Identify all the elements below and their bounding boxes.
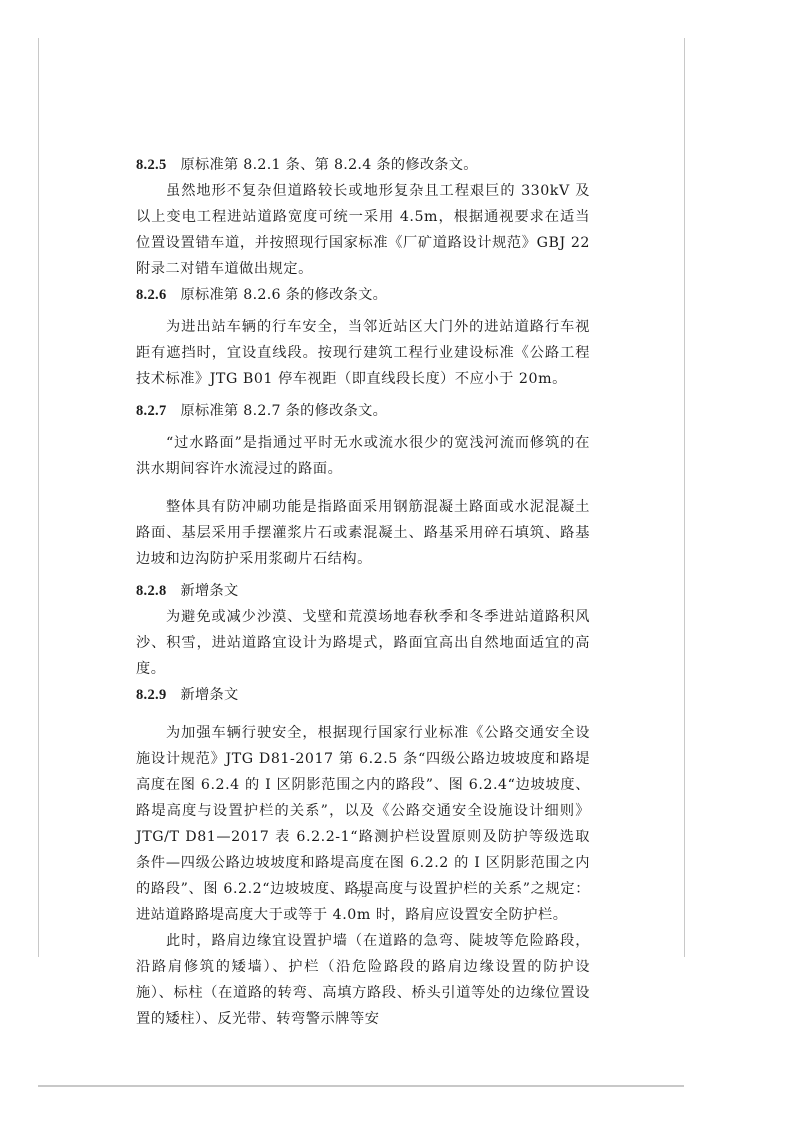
paragraph: 此时，路肩边缘宜设置护墙（在道路的急弯、陡坡等危险路段，沿路肩修筑的矮墙）、护栏… xyxy=(136,928,590,1032)
paragraph: 虽然地形不复杂但道路较长或地形复杂且工程艰巨的 330kV 及以上变电工程进站道… xyxy=(136,178,590,282)
page-border-right xyxy=(684,38,685,957)
document-body: 8.2.5原标准第 8.2.1 条、第 8.2.4 条的修改条文。 虽然地形不复… xyxy=(136,152,590,1032)
section-title: 原标准第 8.2.7 条的修改条文。 xyxy=(181,403,388,419)
section-number: 8.2.6 xyxy=(136,287,167,303)
page-border-bottom xyxy=(38,1085,684,1087)
section-title: 新增条文 xyxy=(181,583,239,599)
section-title: 原标准第 8.2.1 条、第 8.2.4 条的修改条文。 xyxy=(181,157,478,173)
section-8-2-9: 8.2.9新增条文 为加强车辆行驶安全，根据现行国家行业标准《公路交通安全设施设… xyxy=(136,682,590,1032)
section-heading: 8.2.8新增条文 xyxy=(136,578,590,604)
section-8-2-8: 8.2.8新增条文 为避免或减少沙漠、戈壁和荒漠场地春秋季和冬季进站道路积风沙、… xyxy=(136,578,590,682)
section-heading: 8.2.7原标准第 8.2.7 条的修改条文。 xyxy=(136,398,590,424)
section-heading: 8.2.9新增条文 xyxy=(136,682,590,708)
section-number: 8.2.8 xyxy=(136,583,167,599)
section-number: 8.2.7 xyxy=(136,403,167,419)
paragraph: “过水路面”是指通过平时无水或流水很少的宽浅河流而修筑的在洪水期间容许水流浸过的… xyxy=(136,430,590,482)
section-heading: 8.2.6原标准第 8.2.6 条的修改条文。 xyxy=(136,282,590,308)
section-number: 8.2.5 xyxy=(136,157,167,173)
section-8-2-7: 8.2.7原标准第 8.2.7 条的修改条文。 “过水路面”是指通过平时无水或流… xyxy=(136,398,590,572)
section-heading: 8.2.5原标准第 8.2.1 条、第 8.2.4 条的修改条文。 xyxy=(136,152,590,178)
section-title: 新增条文 xyxy=(181,687,239,703)
paragraph: 整体具有防冲刷功能是指路面采用钢筋混凝土路面或水泥混凝土路面、基层采用手摆灌浆片… xyxy=(136,494,590,572)
page-border-left xyxy=(38,38,39,957)
section-8-2-6: 8.2.6原标准第 8.2.6 条的修改条文。 为进出站车辆的行车安全，当邻近站… xyxy=(136,282,590,392)
section-8-2-5: 8.2.5原标准第 8.2.1 条、第 8.2.4 条的修改条文。 虽然地形不复… xyxy=(136,152,590,282)
paragraph: 为进出站车辆的行车安全，当邻近站区大门外的进站道路行车视距有遮挡时，宜设直线段。… xyxy=(136,314,590,392)
page-number: 75 xyxy=(356,888,367,900)
paragraph: 为避免或减少沙漠、戈壁和荒漠场地春秋季和冬季进站道路积风沙、积雪，进站道路宜设计… xyxy=(136,604,590,682)
section-title: 原标准第 8.2.6 条的修改条文。 xyxy=(181,287,388,303)
section-number: 8.2.9 xyxy=(136,687,167,703)
